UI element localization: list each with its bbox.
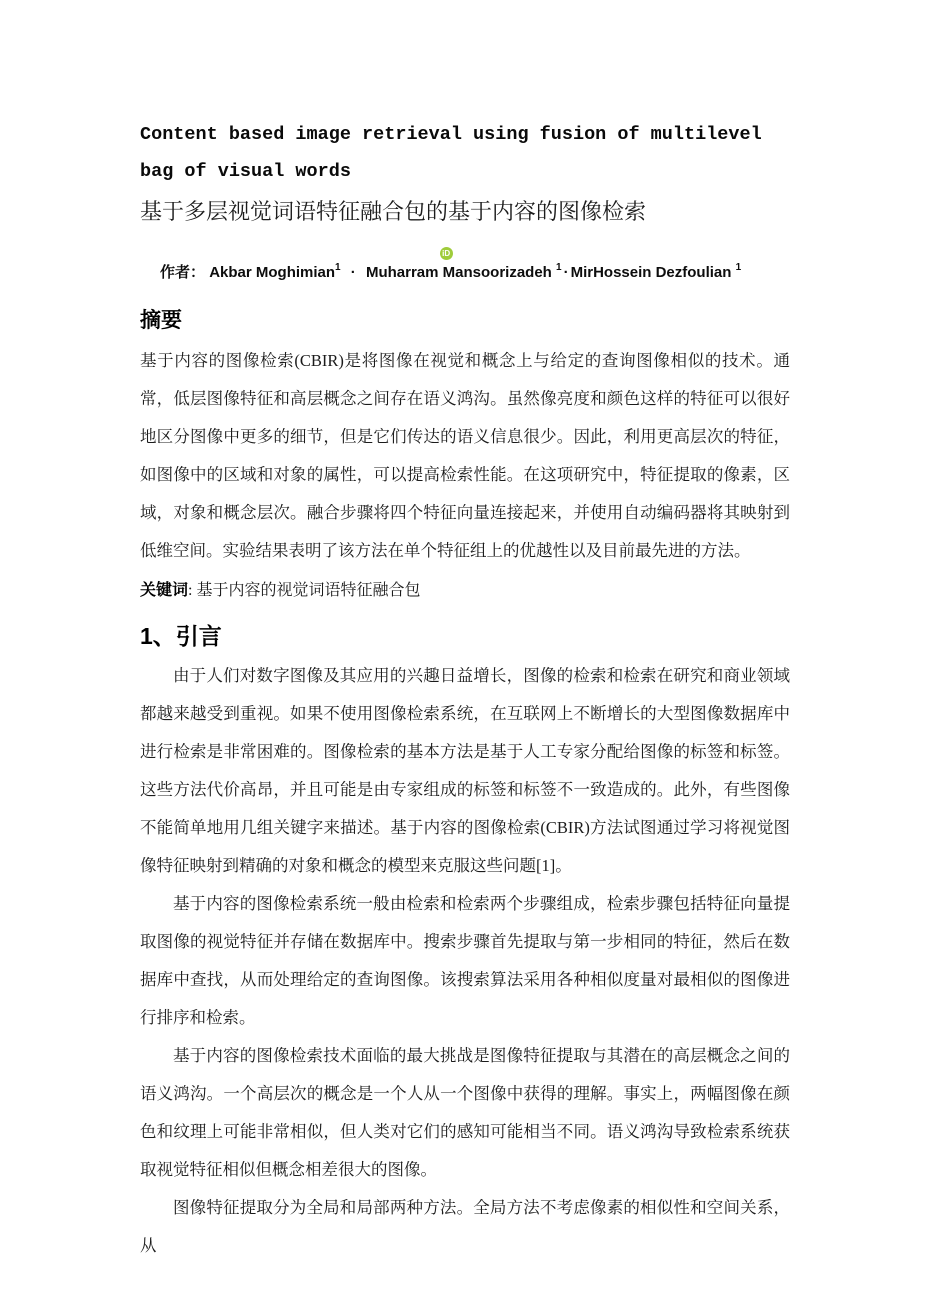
keywords-text: 基于内容的视觉词语特征融合包 <box>196 582 420 599</box>
abstract-paragraph: 基于内容的图像检索(CBIR)是将图像在视觉和概念上与给定的查询图像相似的技术。… <box>140 342 790 570</box>
author-2-first-text: Muharram <box>366 264 439 281</box>
section-1-paragraph: 基于内容的图像检索技术面临的最大挑战是图像特征提取与其潜在的高层概念之间的语义鸿… <box>140 1037 790 1189</box>
author-2-last-wrap: iDMansoorizadeh <box>443 264 552 281</box>
paper-title-english: Content based image retrieval using fusi… <box>140 116 790 190</box>
author-1-text: Akbar Moghimian <box>209 264 335 281</box>
author-separator: · <box>351 264 356 281</box>
keywords-line: 关键词: 基于内容的视觉词语特征融合包 <box>140 576 790 606</box>
section-1-body: 由于人们对数字图像及其应用的兴趣日益增长，图像的检索和检索在研究和商业领域都越来… <box>140 657 790 1265</box>
abstract-heading: 摘要 <box>140 304 790 334</box>
orcid-icon[interactable]: iD <box>440 247 453 260</box>
section-1-heading: 1、引言 <box>140 618 790 651</box>
author-3-affiliation-sup: 1 <box>736 262 742 273</box>
paper-title-chinese: 基于多层视觉词语特征融合包的基于内容的图像检索 <box>140 195 790 229</box>
author-2-affiliation-sup: 1 <box>556 262 562 273</box>
author-name-2: Muharram iDMansoorizadeh 1 <box>366 264 562 281</box>
author-name-1: Akbar Moghimian1 <box>209 264 340 281</box>
author-1-affiliation-sup: 1 <box>335 262 341 273</box>
document-page: Content based image retrieval using fusi… <box>0 0 925 1309</box>
author-2-last-text: Mansoorizadeh <box>443 264 552 281</box>
author-3-text: MirHossein Dezfoulian <box>571 264 732 281</box>
author-separator: · <box>564 264 569 281</box>
section-1-paragraph: 图像特征提取分为全局和局部两种方法。全局方法不考虑像素的相似性和空间关系，从 <box>140 1189 790 1265</box>
section-1-paragraph: 基于内容的图像检索系统一般由检索和检索两个步骤组成，检索步骤包括特征向量提取图像… <box>140 885 790 1037</box>
author-line: 作者： Akbar Moghimian1 · Muharram iDMansoo… <box>140 261 790 282</box>
keywords-label: 关键词 <box>140 582 188 599</box>
section-1-paragraph: 由于人们对数字图像及其应用的兴趣日益增长，图像的检索和检索在研究和商业领域都越来… <box>140 657 790 885</box>
author-name-3: MirHossein Dezfoulian 1 <box>571 264 742 281</box>
authors-label: 作者： <box>160 264 205 281</box>
